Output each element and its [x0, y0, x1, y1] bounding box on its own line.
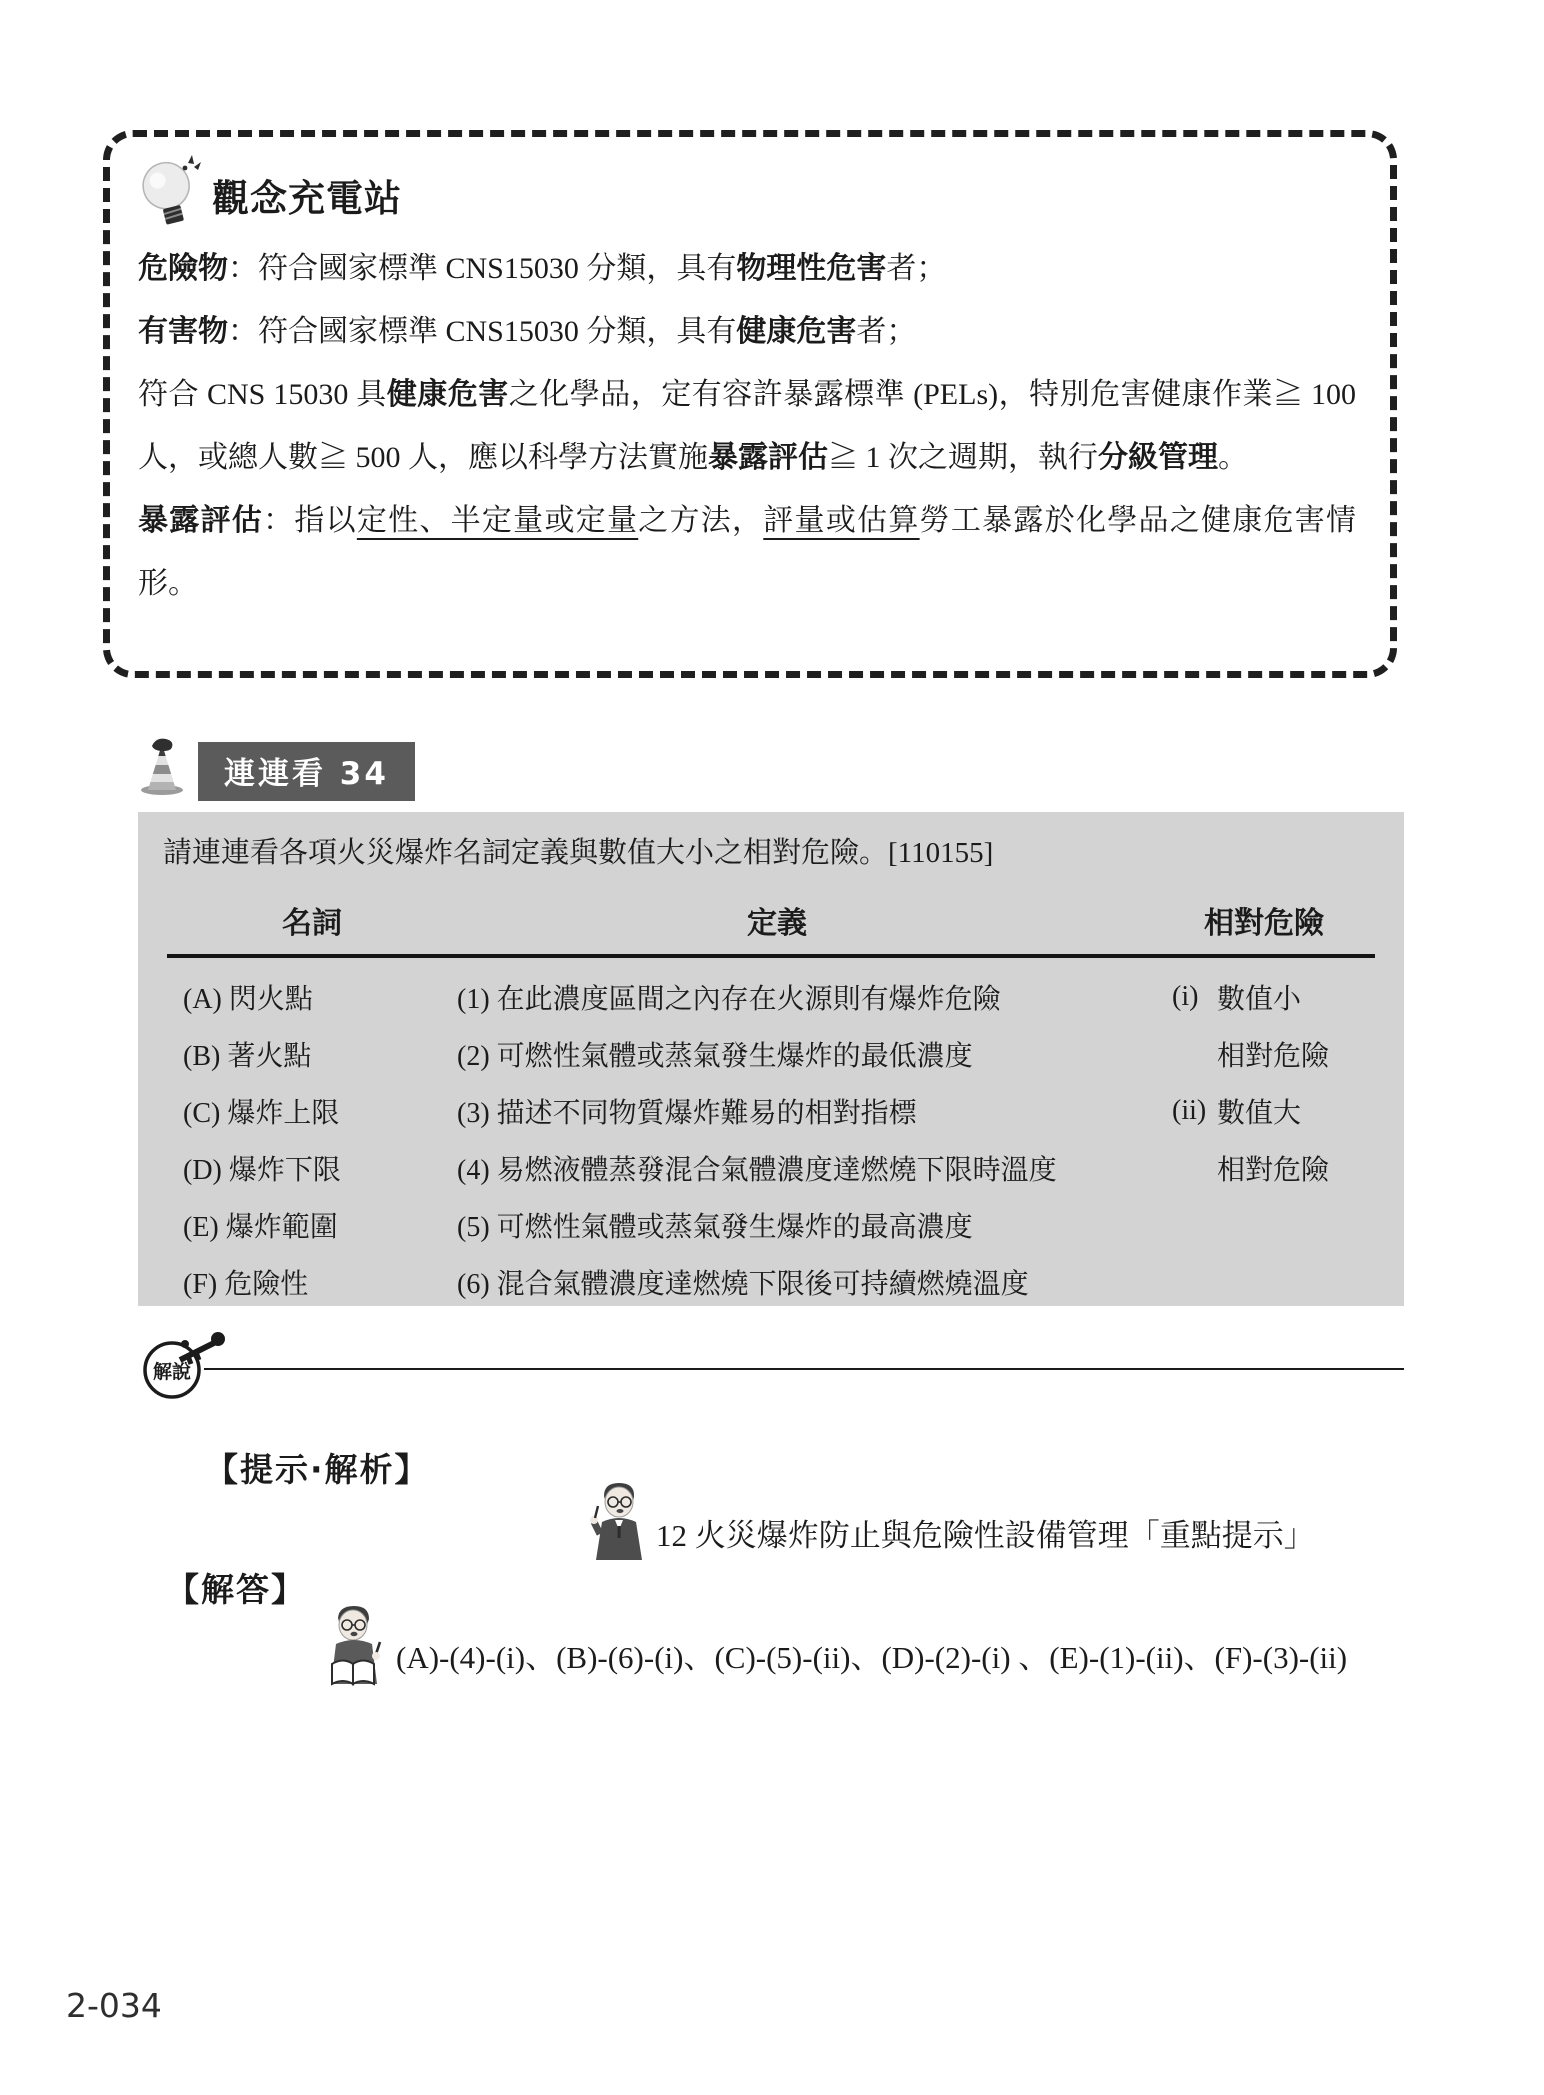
risk-cell: 相對危險 — [1097, 1148, 1375, 1188]
term-cell: (B) 著火點 — [167, 1034, 457, 1074]
concept-paragraph-hazardous: 危險物：符合國家標準 CNS15030 分類，具有物理性危害者； — [138, 237, 1356, 300]
explain-seal-key-icon: 解說 — [138, 1330, 258, 1400]
table-body: (A) 閃火點 (1) 在此濃度區間之內存在火源則有爆炸危險 (i)數值小 (B… — [167, 958, 1375, 1310]
matching-badge: 連連看 34 — [198, 742, 415, 801]
risk-cell: 相對危險 — [1097, 1034, 1375, 1074]
column-header-definition: 定義 — [457, 898, 1097, 942]
traffic-cone-icon — [138, 736, 186, 801]
hint-row: 12 火災爆炸防止與危險性設備管理「重點提示」 — [588, 1478, 1315, 1569]
risk-cell: (i)數值小 — [1097, 977, 1375, 1017]
question-box: 請連連看各項火災爆炸名詞定義與數值大小之相對危險。[110155] 名詞 定義 … — [138, 812, 1404, 1306]
risk-text: 數值大 — [1217, 1091, 1301, 1131]
term-cell: (D) 爆炸下限 — [167, 1148, 457, 1188]
risk-text: 數值小 — [1217, 977, 1301, 1017]
risk-marker: (ii) — [1172, 1095, 1217, 1127]
textbook-page: 觀念充電站 危險物：符合國家標準 CNS15030 分類，具有物理性危害者； 有… — [0, 0, 1544, 2095]
concept-paragraph-pels: 符合 CNS 15030 具健康危害之化學品，定有容許暴露標準 (PELs)，特… — [138, 363, 1356, 489]
matching-header: 連連看 34 — [138, 736, 415, 801]
concept-box-title: 觀念充電站 — [212, 168, 402, 222]
table-row: (C) 爆炸上限 (3) 描述不同物質爆炸難易的相對指標 (ii)數值大 — [167, 1082, 1375, 1139]
definition-cell: (3) 描述不同物質爆炸難易的相對指標 — [457, 1091, 1097, 1131]
risk-text: 相對危險 — [1217, 1148, 1329, 1188]
divider-rule — [204, 1368, 1404, 1370]
risk-cell: (ii)數值大 — [1097, 1091, 1375, 1131]
risk-marker: (i) — [1172, 981, 1217, 1013]
teacher-pointer-icon — [588, 1478, 650, 1569]
definition-cell: (1) 在此濃度區間之內存在火源則有爆炸危險 — [457, 977, 1097, 1017]
table-row: (A) 閃火點 (1) 在此濃度區間之內存在火源則有爆炸危險 (i)數值小 — [167, 968, 1375, 1025]
concept-box: 觀念充電站 危險物：符合國家標準 CNS15030 分類，具有物理性危害者； 有… — [103, 130, 1397, 678]
question-text: 請連連看各項火災爆炸名詞定義與數值大小之相對危險。[110155] — [163, 832, 1379, 874]
term-cell: (E) 爆炸範圍 — [167, 1205, 457, 1245]
svg-text:解說: 解說 — [153, 1360, 191, 1383]
lightbulb-icon — [138, 153, 202, 238]
concept-title-row: 觀念充電站 — [138, 153, 1356, 237]
answer-row: (A)-(4)-(i)、(B)-(6)-(i)、(C)-(5)-(ii)、(D)… — [320, 1602, 1347, 1695]
concept-paragraph-harmful: 有害物：符合國家標準 CNS15030 分類，具有健康危害者； — [138, 300, 1356, 363]
answer-title: 【解答】 — [166, 1564, 306, 1611]
matching-table: 名詞 定義 相對危險 (A) 閃火點 (1) 在此濃度區間之內存在火源則有爆炸危… — [167, 898, 1375, 1310]
definition-cell: (6) 混合氣體濃度達燃燒下限後可持續燃燒溫度 — [457, 1262, 1097, 1302]
page-number: 2-034 — [66, 1986, 162, 2025]
table-row: (E) 爆炸範圍 (5) 可燃性氣體或蒸氣發生爆炸的最高濃度 — [167, 1196, 1375, 1253]
explanation-divider: 解說 — [138, 1330, 1406, 1400]
term-cell: (F) 危險性 — [167, 1262, 457, 1302]
column-header-term: 名詞 — [167, 898, 457, 942]
hint-text: 12 火災爆炸防止與危險性設備管理「重點提示」 — [656, 1510, 1315, 1569]
risk-text: 相對危險 — [1217, 1034, 1329, 1074]
table-row: (B) 著火點 (2) 可燃性氣體或蒸氣發生爆炸的最低濃度 相對危險 — [167, 1025, 1375, 1082]
answer-text: (A)-(4)-(i)、(B)-(6)-(i)、(C)-(5)-(ii)、(D)… — [396, 1632, 1347, 1695]
term-cell: (A) 閃火點 — [167, 977, 457, 1017]
definition-cell: (4) 易燃液體蒸發混合氣體濃度達燃燒下限時溫度 — [457, 1148, 1097, 1188]
table-header-row: 名詞 定義 相對危險 — [167, 898, 1375, 958]
column-header-risk: 相對危險 — [1097, 898, 1375, 942]
definition-cell: (5) 可燃性氣體或蒸氣發生爆炸的最高濃度 — [457, 1205, 1097, 1245]
term-cell: (C) 爆炸上限 — [167, 1091, 457, 1131]
hint-title: 【提示·解析】 — [205, 1444, 430, 1491]
table-row: (D) 爆炸下限 (4) 易燃液體蒸發混合氣體濃度達燃燒下限時溫度 相對危險 — [167, 1139, 1375, 1196]
reader-book-icon — [320, 1602, 388, 1695]
definition-cell: (2) 可燃性氣體或蒸氣發生爆炸的最低濃度 — [457, 1034, 1097, 1074]
table-row: (F) 危險性 (6) 混合氣體濃度達燃燒下限後可持續燃燒溫度 — [167, 1253, 1375, 1310]
concept-paragraph-exposure: 暴露評估：指以定性、半定量或定量之方法，評量或估算勞工暴露於化學品之健康危害情形… — [138, 489, 1356, 615]
